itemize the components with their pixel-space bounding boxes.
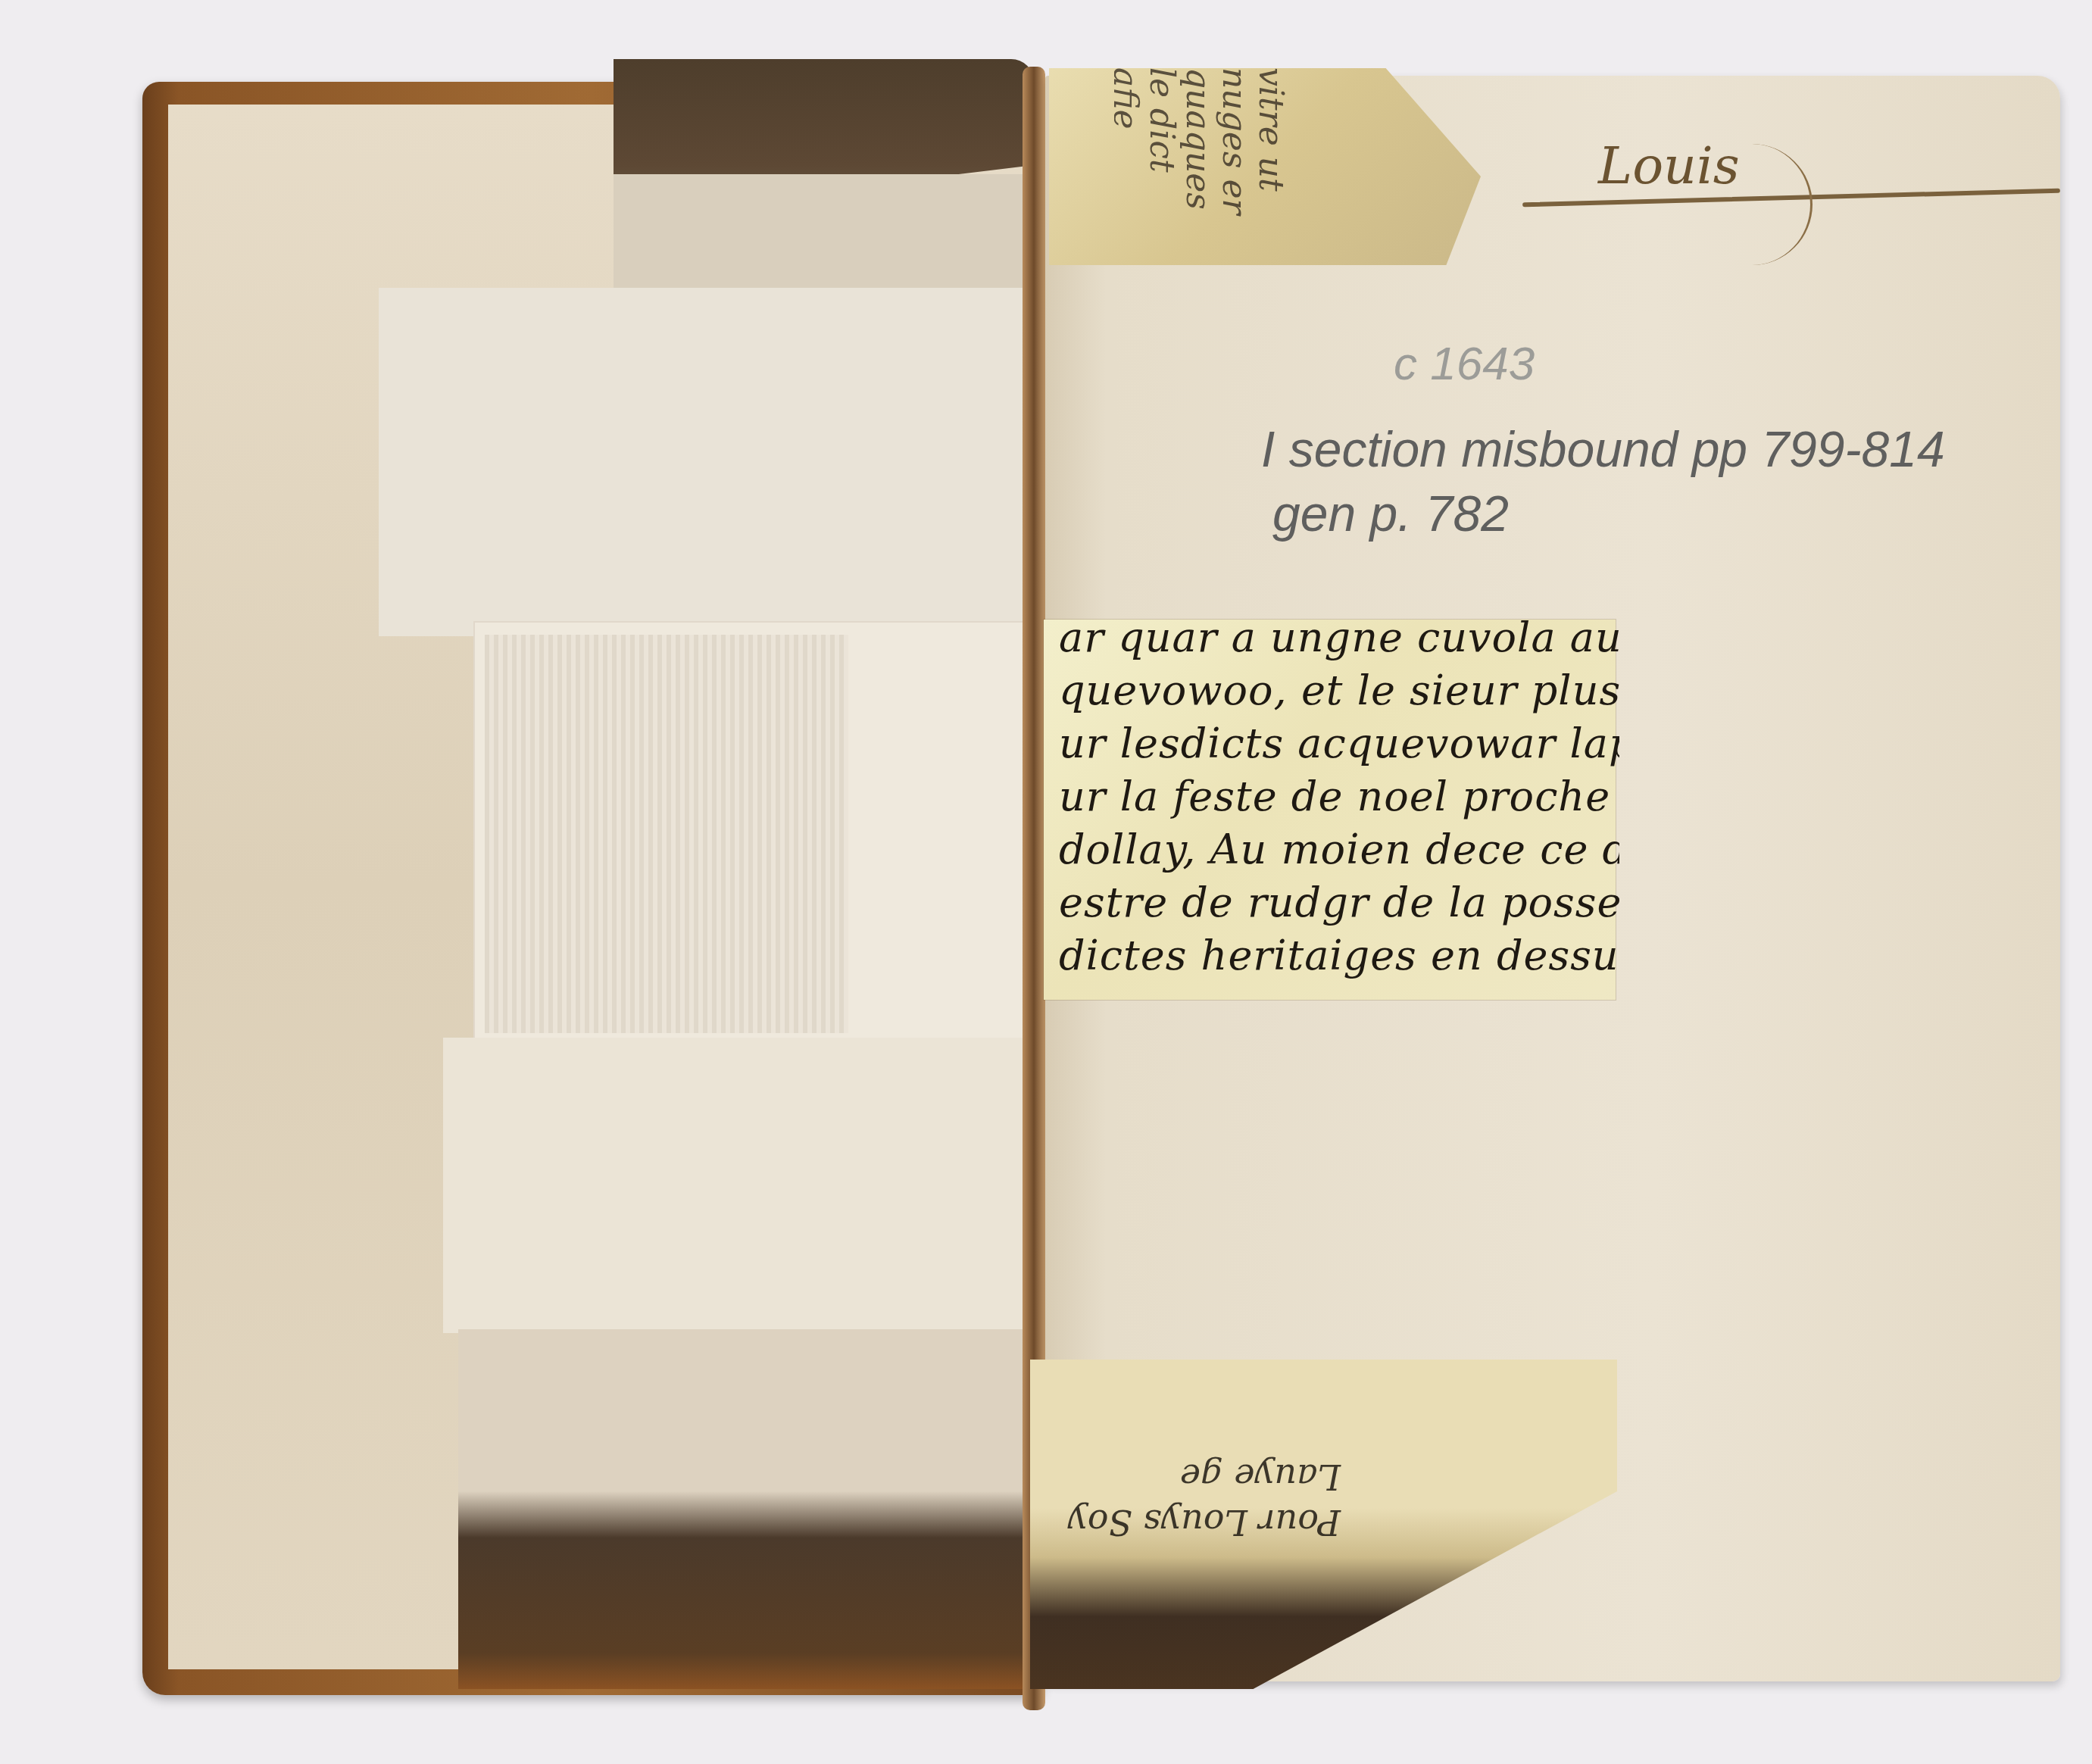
paper-repair-upper — [379, 288, 1026, 636]
manuscript-vellum-fragment: ar quar a ungne cuvola au quevowoo, et l… — [1044, 620, 1616, 1000]
pencil-date-note: c 1643 — [1394, 337, 1535, 391]
manuscript-line: ur la feste de noel proche nou — [1059, 773, 1619, 820]
manuscript-line: quevowoo, et le sieur plus qu — [1059, 667, 1619, 714]
manuscript-line: dollay, Au moien dece ce d — [1059, 826, 1619, 873]
pencil-reference-note: gen p. 782 — [1272, 485, 1509, 542]
manuscript-line: ur lesdicts acquevowar lape — [1059, 720, 1619, 767]
ink-signature: Louis — [1598, 136, 1740, 196]
manuscript-line: estre de rudgr de la posses — [1059, 879, 1619, 926]
vellum-bottom-script: Pour Louys Soy Lauye ge — [1053, 1409, 1341, 1545]
leather-turn-in-bottom — [458, 1329, 1026, 1689]
torn-paper-top — [614, 174, 1034, 303]
manuscript-line: dictes heritaiges en dessur — [1059, 932, 1619, 979]
laid-paper-patch — [485, 635, 848, 1033]
paper-repair-lower — [443, 1038, 1026, 1333]
book-photograph: vitre ut nuges er quaques le dict afie L… — [0, 0, 2092, 1764]
vellum-top-script: vitre ut nuges er quaques le dict afie — [1114, 67, 1288, 386]
pencil-collation-note: I section misbound pp 799-814 — [1261, 420, 1945, 478]
manuscript-line: ar quar a ungne cuvola au — [1059, 613, 1619, 661]
